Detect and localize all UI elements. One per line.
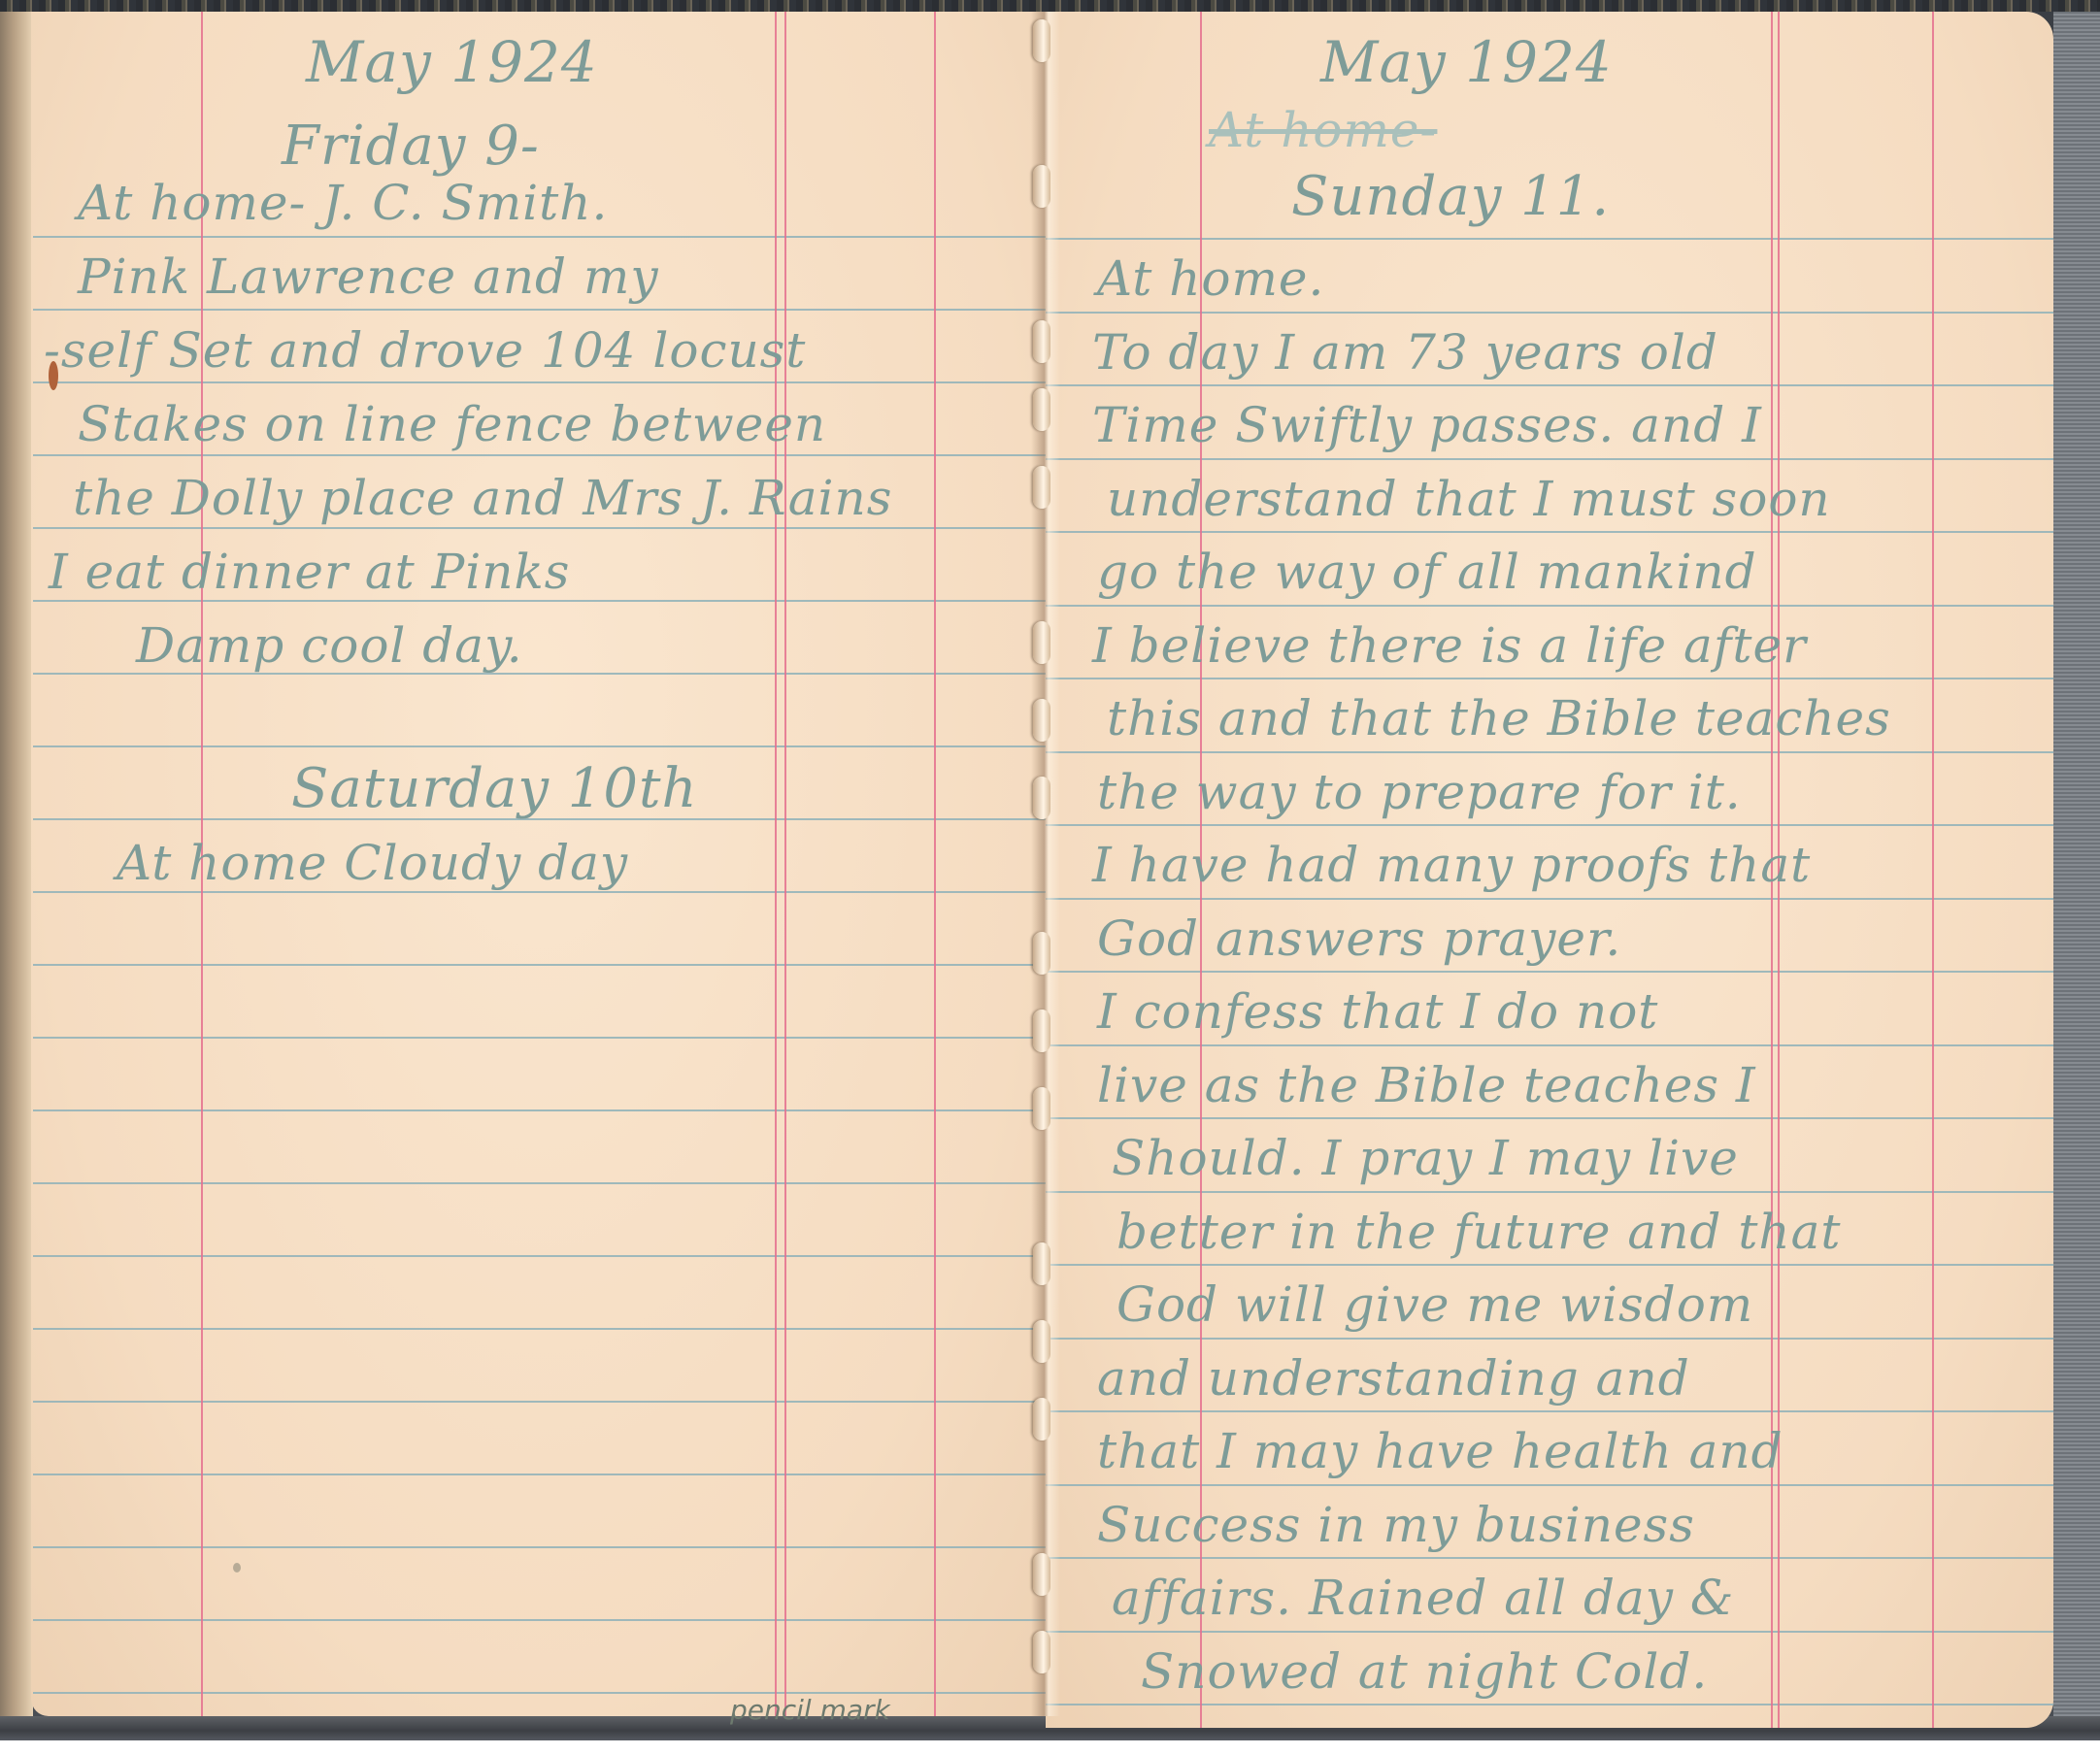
entry-line: affairs. Rained all day & — [1112, 1570, 1734, 1626]
ruled-line — [1046, 1704, 2053, 1705]
ruled-line — [33, 891, 1046, 893]
ruled-line — [1046, 312, 2053, 314]
right-page-header: May 1924 — [1320, 29, 1613, 95]
entry-line: To day I am 73 years old — [1092, 324, 1718, 381]
entry-line: -self Set and drove 104 locust — [44, 322, 806, 379]
entry-line: God will give me wisdom — [1117, 1276, 1753, 1333]
spiral-hole — [1033, 1631, 1050, 1673]
entry-line: Time Swiftly passes. and I — [1092, 397, 1762, 453]
entry-line: that I may have health and — [1097, 1423, 1783, 1479]
entry-line: this and that the Bible teaches — [1107, 690, 1891, 746]
entry-line: Stakes on line fence between — [78, 396, 826, 452]
entry-line: I confess that I do not — [1097, 983, 1658, 1040]
ruled-line — [1046, 898, 2053, 900]
ruled-line — [33, 1546, 1046, 1548]
ruled-line — [33, 1037, 1046, 1039]
spiral-hole — [1033, 466, 1050, 509]
ruled-line — [1046, 531, 2053, 533]
spiral-hole — [1033, 1320, 1050, 1363]
ruled-line — [1046, 458, 2053, 460]
ruled-line — [1046, 1044, 2053, 1046]
entry-line: the way to prepare for it. — [1097, 764, 1742, 820]
entry-line: go the way of all mankind — [1097, 544, 1757, 600]
entry-line: understand that I must soon — [1107, 471, 1831, 527]
ruled-line — [33, 1109, 1046, 1111]
ruled-line — [1046, 1264, 2053, 1266]
ruled-line — [33, 1182, 1046, 1184]
spiral-hole — [1033, 388, 1050, 431]
ink-speck — [233, 1563, 241, 1573]
left-column-line-c — [934, 12, 936, 1716]
ruled-line — [33, 1255, 1046, 1257]
ruled-line — [1046, 678, 2053, 679]
entry-line: Snowed at night Cold. — [1141, 1643, 1708, 1700]
page-stack-edge — [0, 12, 33, 1716]
struck-out-line: At home- — [1209, 102, 1437, 158]
entry-line: Pink Lawrence and my — [78, 248, 659, 305]
spiral-hole — [1033, 1398, 1050, 1440]
entry-line: the Dolly place and Mrs J. Rains — [73, 470, 892, 526]
spiral-hole — [1033, 1087, 1050, 1130]
ruled-line — [1046, 238, 2053, 240]
ruled-line — [33, 236, 1046, 238]
ruled-line — [33, 527, 1046, 529]
notebook-top-edge — [0, 0, 2100, 12]
ruled-line — [1046, 1338, 2053, 1340]
left-column-line-a — [775, 12, 777, 1716]
spiral-hole — [1033, 165, 1050, 208]
ruled-line — [33, 1692, 1046, 1694]
notebook-cover-right — [2053, 12, 2100, 1740]
ruled-line — [1046, 605, 2053, 607]
ruled-line — [33, 1474, 1046, 1475]
entry-line: and understanding and — [1097, 1350, 1690, 1407]
ruled-line — [1046, 1410, 2053, 1412]
ruled-line — [1046, 824, 2053, 826]
entry-line: God answers prayer. — [1097, 911, 1621, 967]
ruled-line — [1046, 971, 2053, 973]
entry-line: I eat dinner at Pinks — [49, 544, 570, 600]
entry-line: I believe there is a life after — [1092, 617, 1807, 674]
entry-line: At home- J. C. Smith. — [78, 175, 608, 231]
spiral-hole — [1033, 1553, 1050, 1596]
ruled-line — [33, 1328, 1046, 1330]
left-page-header: May 1924 — [306, 29, 598, 95]
ruled-line — [33, 745, 1046, 747]
entry-line: Should. I pray I may live — [1112, 1130, 1739, 1186]
entry-line: Damp cool day. — [136, 617, 523, 674]
spiral-hole — [1033, 699, 1050, 742]
ruled-line — [33, 600, 1046, 602]
entry-day-sunday: Sunday 11. — [1291, 165, 1610, 228]
entry-line: better in the future and that — [1117, 1204, 1842, 1260]
ruled-line — [1046, 1557, 2053, 1559]
entry-day-saturday: Saturday 10th — [291, 757, 698, 820]
right-column-line-c — [1932, 12, 1934, 1728]
spine-fold — [1031, 12, 1060, 1716]
spiral-hole — [1033, 19, 1050, 62]
entry-line: live as the Bible teaches I — [1097, 1057, 1756, 1113]
spiral-hole — [1033, 777, 1050, 819]
left-column-line-b — [784, 12, 786, 1716]
ruled-line — [33, 964, 1046, 966]
entry-line: At home. — [1097, 250, 1324, 307]
ruled-line — [33, 454, 1046, 456]
entry-line: At home Cloudy day — [117, 835, 628, 891]
ruled-line — [1046, 1117, 2053, 1119]
ruled-line — [33, 1401, 1046, 1403]
ruled-line — [1046, 751, 2053, 753]
spiral-hole — [1033, 621, 1050, 664]
pencil-note: pencil mark — [730, 1694, 890, 1726]
entry-line: Success in my business — [1097, 1497, 1695, 1553]
ruled-line — [1046, 1191, 2053, 1193]
ruled-line — [1046, 1631, 2053, 1633]
spiral-hole — [1033, 1010, 1050, 1052]
spiral-hole — [1033, 1242, 1050, 1285]
spiral-hole — [1033, 320, 1050, 363]
ruled-line — [33, 381, 1046, 383]
entry-day-friday: Friday 9- — [282, 115, 540, 178]
ruled-line — [1046, 1484, 2053, 1486]
ruled-line — [33, 309, 1046, 311]
entry-line: I have had many proofs that — [1092, 837, 1811, 893]
spiral-hole — [1033, 932, 1050, 975]
ruled-line — [33, 1619, 1046, 1621]
ruled-line — [1046, 384, 2053, 386]
